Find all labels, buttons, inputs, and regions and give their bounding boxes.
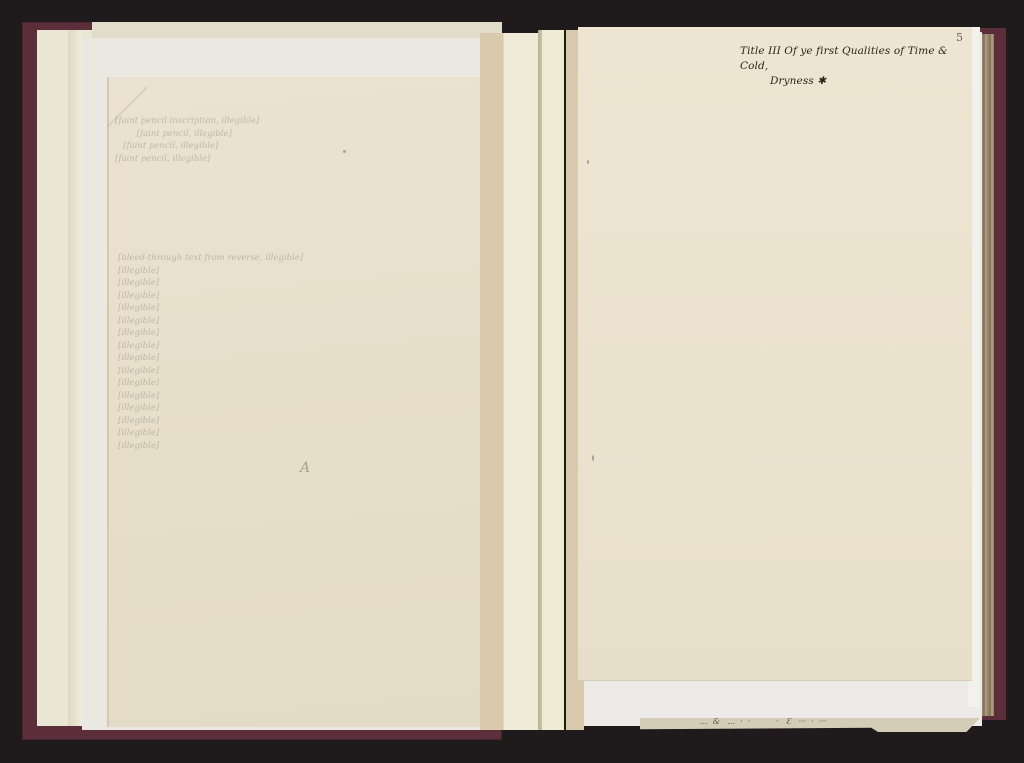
heading-line-2: Dryness ✱ <box>740 74 970 89</box>
underlying-document-text: ... & ... · · · Ɛ ··· · ··· <box>700 717 827 726</box>
spine <box>540 30 564 730</box>
marginal-mark: A <box>300 462 310 475</box>
guard-strip-left <box>480 33 503 730</box>
ink-mark <box>587 160 589 164</box>
manuscript-page-right <box>578 27 972 680</box>
folio-number: 5 <box>956 31 963 44</box>
manuscript-heading: Title III Of ye first Qualities of Time … <box>740 44 970 89</box>
foxing-spot <box>343 150 346 153</box>
endpaper-fold <box>68 30 82 726</box>
ink-squiggle <box>592 455 594 461</box>
heading-line-1: Title III Of ye first Qualities of Time … <box>740 44 970 74</box>
guard-inner-left <box>503 33 539 730</box>
pencil-notes-top: [faint pencil inscription, illegible] [f… <box>115 115 335 165</box>
bleed-through-text: [bleed-through text from reverse, illegi… <box>118 252 318 452</box>
